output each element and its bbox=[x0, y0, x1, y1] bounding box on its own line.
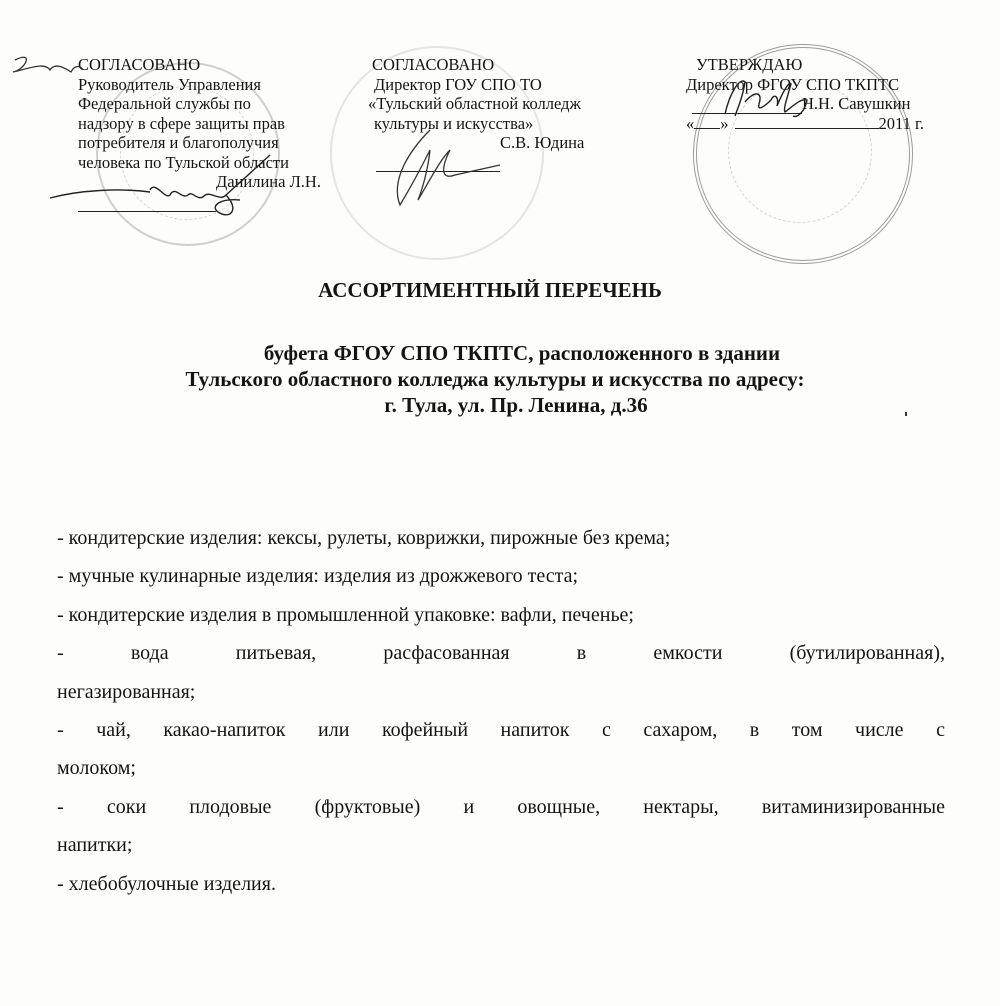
signature-icon bbox=[40, 150, 300, 230]
signature-icon bbox=[370, 120, 510, 210]
list-word: с bbox=[936, 720, 945, 758]
list-item-continuation: напитки; bbox=[57, 835, 945, 873]
signature-icon bbox=[715, 72, 825, 122]
list-word: напиток bbox=[501, 720, 570, 758]
list-item-continuation: молоком; bbox=[57, 758, 945, 796]
approval-line: Руководитель Управления bbox=[78, 75, 321, 95]
approval-year: 2011 г. bbox=[879, 114, 925, 133]
approval-header: СОГЛАСОВАНО bbox=[372, 55, 584, 75]
approval-header: СОГЛАСОВАНО bbox=[78, 55, 321, 75]
subtitle-line: Тульского областного колледжа культуры и… bbox=[0, 366, 1000, 392]
document-title: АССОРТИМЕНТНЫЙ ПЕРЕЧЕНЬ bbox=[0, 278, 990, 303]
list-item: - хлебобулочные изделия. bbox=[57, 874, 945, 912]
list-item: - кондитерские изделия: кексы, рулеты, к… bbox=[57, 528, 945, 566]
list-word: - bbox=[57, 643, 64, 681]
list-word: расфасованная bbox=[383, 643, 509, 681]
assortment-list: - кондитерские изделия: кексы, рулеты, к… bbox=[57, 528, 945, 912]
list-word: в bbox=[750, 720, 759, 758]
list-item: - кондитерские изделия в промышленной уп… bbox=[57, 605, 945, 643]
list-word: овощные, bbox=[517, 797, 600, 835]
list-word: числе bbox=[855, 720, 904, 758]
list-word: какао-напиток bbox=[163, 720, 285, 758]
list-word: - bbox=[57, 797, 64, 835]
list-word: вода bbox=[131, 643, 169, 681]
list-word: плодовые bbox=[189, 797, 271, 835]
subtitle-line: г. Тула, ул. Пр. Ленина, д.36 bbox=[0, 392, 1000, 418]
list-word: - bbox=[57, 720, 64, 758]
list-word: и bbox=[463, 797, 474, 835]
scan-speck bbox=[325, 800, 326, 805]
list-word: кофейный bbox=[382, 720, 468, 758]
approval-line: Федеральной службы по bbox=[78, 94, 321, 114]
list-word: соки bbox=[107, 797, 146, 835]
list-word: питьевая, bbox=[236, 643, 316, 681]
list-item: -водапитьевая,расфасованнаявемкости(бути… bbox=[57, 643, 945, 681]
list-word: нектары, bbox=[643, 797, 718, 835]
list-item: - мучные кулинарные изделия: изделия из … bbox=[57, 566, 945, 604]
list-word: витаминизированные bbox=[762, 797, 945, 835]
list-word: сахаром, bbox=[643, 720, 717, 758]
list-word: чай, bbox=[96, 720, 131, 758]
approval-line: Директор ГОУ СПО ТО bbox=[372, 75, 584, 95]
signature-icon bbox=[5, 50, 85, 90]
approval-line: «Тульский областной колледж bbox=[368, 94, 584, 114]
signatory-name: С.В. Юдина bbox=[500, 133, 584, 152]
list-word: емкости bbox=[653, 643, 722, 681]
list-item: -чай,какао-напитокиликофейныйнапитокссах… bbox=[57, 720, 945, 758]
subtitle-line: буфета ФГОУ СПО ТКПТС, расположенного в … bbox=[0, 340, 1000, 366]
list-word: том bbox=[792, 720, 823, 758]
list-word: или bbox=[318, 720, 349, 758]
list-word: в bbox=[577, 643, 586, 681]
list-word: (бутилированная), bbox=[790, 643, 945, 681]
list-word: с bbox=[602, 720, 611, 758]
list-item: -сокиплодовые(фруктовые)иовощные,нектары… bbox=[57, 797, 945, 835]
document-subtitle: буфета ФГОУ СПО ТКПТС, расположенного в … bbox=[0, 340, 1000, 418]
list-item-continuation: негазированная; bbox=[57, 682, 945, 720]
approval-line: надзору в сфере защиты прав bbox=[78, 114, 321, 134]
scan-speck bbox=[905, 412, 907, 416]
list-word: (фруктовые) bbox=[315, 797, 421, 835]
